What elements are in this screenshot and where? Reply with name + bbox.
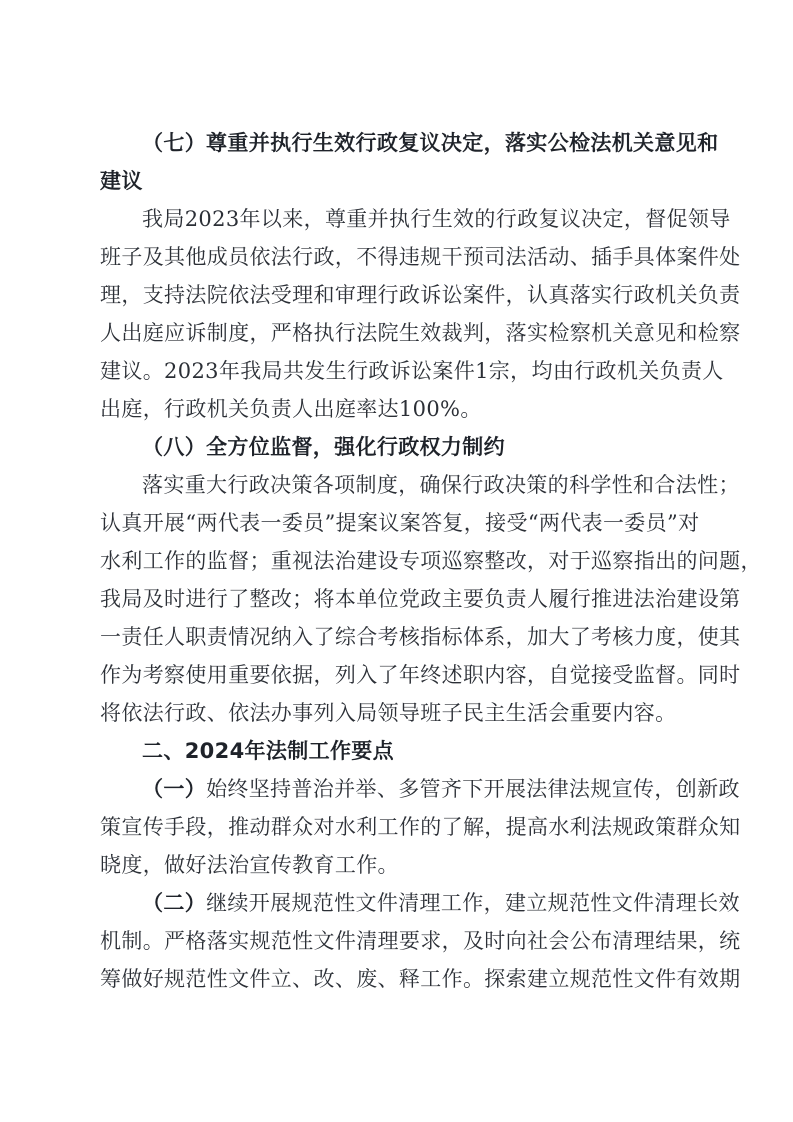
section-8: （八）全方位监督，强化行政权力制约 落实重大行政决策各项制度，确保行政决策的科学… xyxy=(100,428,702,732)
section-8-title: （八）全方位监督，强化行政权力制约 xyxy=(100,428,702,466)
item-1-body-line: 策宣传手段，推动群众对水利工作的了解，提高水利法规政策群众知 xyxy=(100,808,702,846)
section-7-body-line: 人出庭应诉制度，严格执行法院生效裁判，落实检察机关意见和检察 xyxy=(100,314,702,352)
section-7-body-line: 理，支持法院依法受理和审理行政诉讼案件，认真落实行政机关负责 xyxy=(100,276,702,314)
part-2: 二、2024年法制工作要点 （一）始终坚持普治并举、多管齐下开展法律法规宣传，创… xyxy=(100,732,702,998)
item-2-body-line: 机制。严格落实规范性文件清理要求，及时向社会公布清理结果，统 xyxy=(100,922,702,960)
section-7-body-line: 出庭，行政机关负责人出庭率达100%。 xyxy=(100,390,702,428)
item-1-first-line: （一）始终坚持普治并举、多管齐下开展法律法规宣传，创新政 xyxy=(100,770,702,808)
part-2-item-1: （一）始终坚持普治并举、多管齐下开展法律法规宣传，创新政 策宣传手段，推动群众对… xyxy=(100,770,702,884)
section-8-body-line: 我局及时进行了整改；将本单位党政主要负责人履行推进法治建设第 xyxy=(100,580,702,618)
section-8-body-line: 一责任人职责情况纳入了综合考核指标体系，加大了考核力度，使其 xyxy=(100,618,702,656)
section-7-body-line: 班子及其他成员依法行政，不得违规干预司法活动、插手具体案件处 xyxy=(100,238,702,276)
section-7-title-line-1: （七）尊重并执行生效行政复议决定，落实公检法机关意见和 xyxy=(100,124,702,162)
item-1-label: （一） xyxy=(142,776,206,801)
section-8-body-line: 认真开展“两代表一委员”提案议案答复，接受“两代表一委员”对 xyxy=(100,504,702,542)
item-2-label: （二） xyxy=(142,890,206,915)
item-2-body-line: 筹做好规范性文件立、改、废、释工作。探索建立规范性文件有效期 xyxy=(100,960,702,998)
section-8-body-line: 将依法行政、依法办事列入局领导班子民主生活会重要内容。 xyxy=(100,694,702,732)
part-2-heading: 二、2024年法制工作要点 xyxy=(100,732,702,770)
section-8-body-line: 水利工作的监督；重视法治建设专项巡察整改，对于巡察指出的问题， xyxy=(100,542,702,580)
section-7-body-line: 建议。2023年我局共发生行政诉讼案件1宗，均由行政机关负责人 xyxy=(100,352,702,390)
section-7: （七）尊重并执行生效行政复议决定，落实公检法机关意见和 建议 我局2023年以来… xyxy=(100,124,702,428)
item-2-first-line-text: 继续开展规范性文件清理工作，建立规范性文件清理长效 xyxy=(206,891,740,915)
part-2-item-2: （二）继续开展规范性文件清理工作，建立规范性文件清理长效 机制。严格落实规范性文… xyxy=(100,884,702,998)
section-8-body-line: 落实重大行政决策各项制度，确保行政决策的科学性和合法性； xyxy=(100,466,702,504)
section-7-title-line-2: 建议 xyxy=(100,162,702,200)
section-7-body-line: 我局2023年以来，尊重并执行生效的行政复议决定，督促领导 xyxy=(100,200,702,238)
item-1-body-line: 晓度，做好法治宣传教育工作。 xyxy=(100,846,702,884)
section-8-body-line: 作为考察使用重要依据，列入了年终述职内容，自觉接受监督。同时 xyxy=(100,656,702,694)
document-page: （七）尊重并执行生效行政复议决定，落实公检法机关意见和 建议 我局2023年以来… xyxy=(100,124,702,998)
item-1-first-line-text: 始终坚持普治并举、多管齐下开展法律法规宣传，创新政 xyxy=(206,777,740,801)
item-2-first-line: （二）继续开展规范性文件清理工作，建立规范性文件清理长效 xyxy=(100,884,702,922)
